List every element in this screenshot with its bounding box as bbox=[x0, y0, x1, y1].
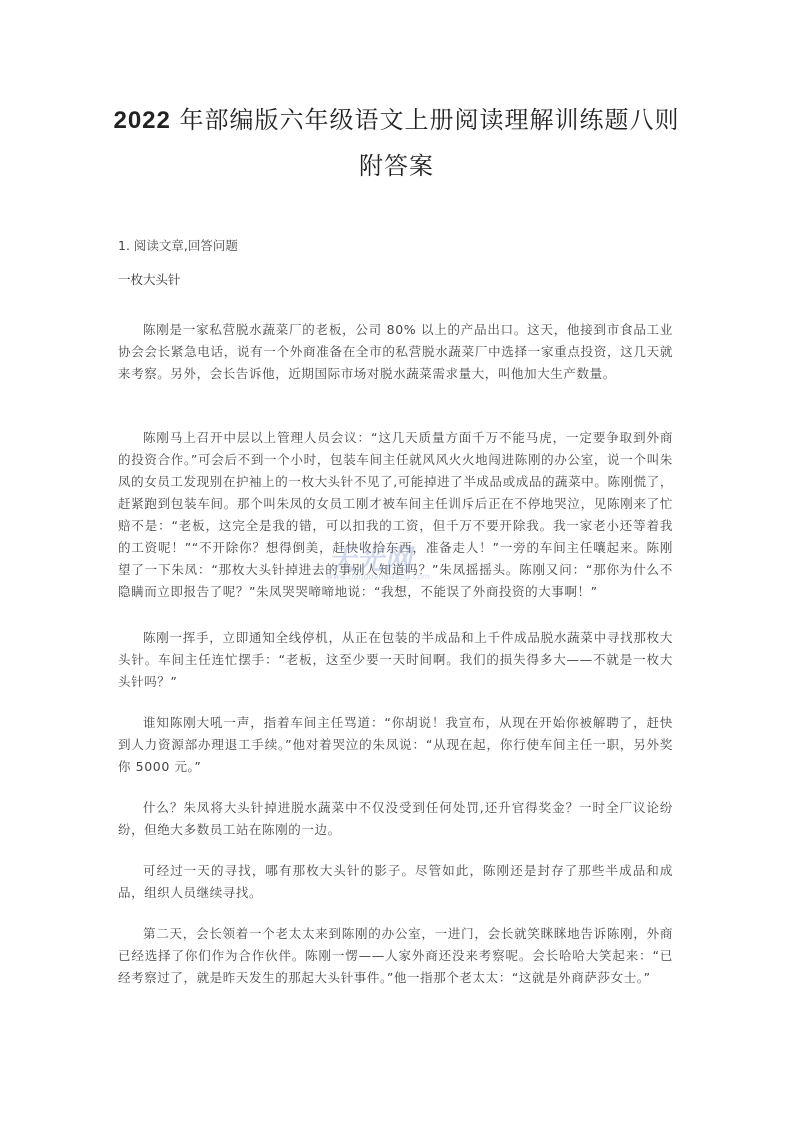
document-page: 2022 年部编版六年级语文上册阅读理解训练题八则 附答案 1. 阅读文章,回答… bbox=[0, 0, 793, 1122]
document-title-line1: 2022 年部编版六年级语文上册阅读理解训练题八则 bbox=[0, 100, 793, 135]
document-title-line2: 附答案 bbox=[0, 146, 793, 181]
paragraph: 谁知陈刚大吼一声，指着车间主任骂道：“你胡说！我宣布，从现在开始你被解聘了，赶快… bbox=[118, 712, 673, 778]
title-year: 2022 bbox=[113, 107, 170, 134]
paragraph: 什么？朱凤将大头针掉进脱水蔬菜中不仅没受到任何处罚,还升官得奖金？一时全厂议论纷… bbox=[118, 797, 673, 841]
title-text: 年部编版六年级语文上册阅读理解训练题八则 bbox=[171, 106, 680, 134]
question-heading: 1. 阅读文章,回答问题 bbox=[118, 236, 238, 254]
paragraph: 可经过一天的寻找，哪有那枚大头针的影子。尽管如此，陈刚还是封存了那些半成品和成品… bbox=[118, 860, 673, 904]
paragraph: 陈刚是一家私营脱水蔬菜厂的老板，公司 80% 以上的产品出口。这天，他接到市食品… bbox=[118, 319, 673, 385]
paragraph: 陈刚一挥手，立即通知全线停机，从正在包装的半成品和上千件成品脱水蔬菜中寻找那枚大… bbox=[118, 627, 673, 693]
paragraph: 第二天，会长领着一个老太太来到陈刚的办公室，一进门，会长就笑眯眯地告诉陈刚，外商… bbox=[118, 923, 673, 989]
article-title: 一枚大头针 bbox=[118, 270, 181, 288]
paragraph: 陈刚马上召开中层以上管理人员会议：“这几天质量方面千万不能马虎，一定要争取到外商… bbox=[118, 427, 673, 603]
